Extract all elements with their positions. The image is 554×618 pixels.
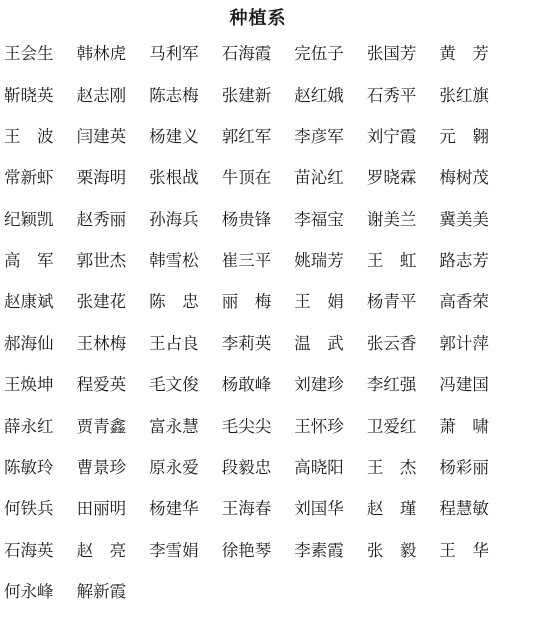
name-cell: 靳晓英 bbox=[4, 88, 77, 105]
name-row: 常新虾栗海明张根战牛顶在苗沁红罗晓霖梅树茂 bbox=[4, 158, 512, 199]
name-cell: 元 翱 bbox=[439, 129, 512, 146]
name-cell: 杨建义 bbox=[149, 129, 222, 146]
name-cell: 陈敏玲 bbox=[4, 460, 77, 477]
name-cell: 张 毅 bbox=[367, 543, 440, 560]
name-row: 薛永红贾青鑫富永慧毛尖尖王怀珍卫爱红萧 啸 bbox=[4, 406, 512, 447]
name-cell: 完伍子 bbox=[294, 46, 367, 63]
name-cell: 苗沁红 bbox=[294, 170, 367, 187]
name-cell: 刘国华 bbox=[294, 501, 367, 518]
name-cell: 黄 芳 bbox=[439, 46, 512, 63]
name-cell: 程爱英 bbox=[77, 377, 150, 394]
name-cell: 石海英 bbox=[4, 543, 77, 560]
name-cell: 杨彩丽 bbox=[439, 460, 512, 477]
name-cell: 赵 瑾 bbox=[367, 501, 440, 518]
name-cell: 程慧敏 bbox=[439, 501, 512, 518]
name-cell: 郭红军 bbox=[222, 129, 295, 146]
name-cell: 王会生 bbox=[4, 46, 77, 63]
name-cell: 韩林虎 bbox=[77, 46, 150, 63]
name-cell: 卫爱红 bbox=[367, 419, 440, 436]
name-cell: 富永慧 bbox=[149, 419, 222, 436]
name-row: 何永峰解新霞 bbox=[4, 571, 512, 612]
name-cell: 王 华 bbox=[439, 543, 512, 560]
name-cell: 丽 梅 bbox=[222, 294, 295, 311]
name-cell: 高晓阳 bbox=[294, 460, 367, 477]
name-cell: 石海霞 bbox=[222, 46, 295, 63]
name-cell: 纪颖凯 bbox=[4, 212, 77, 229]
name-row: 何铁兵田丽明杨建华王海春刘国华赵 瑾程慧敏 bbox=[4, 489, 512, 530]
name-cell: 梅树茂 bbox=[439, 170, 512, 187]
name-cell: 贾青鑫 bbox=[77, 419, 150, 436]
name-cell: 郝海仙 bbox=[4, 336, 77, 353]
name-cell: 谢美兰 bbox=[367, 212, 440, 229]
name-cell: 马利军 bbox=[149, 46, 222, 63]
name-cell: 路志芳 bbox=[439, 253, 512, 270]
name-cell: 何永峰 bbox=[4, 584, 77, 601]
name-cell: 郭世杰 bbox=[77, 253, 150, 270]
name-cell: 姚瑞芳 bbox=[294, 253, 367, 270]
name-cell: 郭计萍 bbox=[439, 336, 512, 353]
name-cell: 温 武 bbox=[294, 336, 367, 353]
name-row: 郝海仙王林梅王占良李莉英温 武张云香郭计萍 bbox=[4, 323, 512, 364]
name-cell: 赵红娥 bbox=[294, 88, 367, 105]
name-row: 王 波闫建英杨建义郭红军李彦军刘宁霞元 翱 bbox=[4, 117, 512, 158]
name-row: 纪颖凯赵秀丽孙海兵杨贵锋李福宝谢美兰冀美美 bbox=[4, 199, 512, 240]
name-cell: 杨建华 bbox=[149, 501, 222, 518]
name-cell: 曹景珍 bbox=[77, 460, 150, 477]
name-cell: 张建花 bbox=[77, 294, 150, 311]
name-cell: 杨敢峰 bbox=[222, 377, 295, 394]
name-cell: 毛尖尖 bbox=[222, 419, 295, 436]
name-cell: 王海春 bbox=[222, 501, 295, 518]
name-cell: 张云香 bbox=[367, 336, 440, 353]
name-cell: 段毅忠 bbox=[222, 460, 295, 477]
name-cell: 解新霞 bbox=[77, 584, 150, 601]
name-cell: 李彦军 bbox=[294, 129, 367, 146]
name-cell: 王 娟 bbox=[294, 294, 367, 311]
name-cell: 张根战 bbox=[149, 170, 222, 187]
name-cell: 崔三平 bbox=[222, 253, 295, 270]
name-cell: 王 虹 bbox=[367, 253, 440, 270]
name-cell: 王 杰 bbox=[367, 460, 440, 477]
name-cell: 何铁兵 bbox=[4, 501, 77, 518]
name-row: 高 军郭世杰韩雪松崔三平姚瑞芳王 虹路志芳 bbox=[4, 241, 512, 282]
name-cell: 高 军 bbox=[4, 253, 77, 270]
name-row: 石海英赵 亮李雪娟徐艳琴李素霞张 毅王 华 bbox=[4, 530, 512, 571]
name-cell: 王占良 bbox=[149, 336, 222, 353]
document-page: 种植系 王会生韩林虎马利军石海霞完伍子张国芳黄 芳靳晓英赵志刚陈志梅张建新赵红娥… bbox=[0, 0, 554, 618]
name-cell: 徐艳琴 bbox=[222, 543, 295, 560]
name-cell: 赵康斌 bbox=[4, 294, 77, 311]
name-cell: 王焕坤 bbox=[4, 377, 77, 394]
name-cell: 刘建珍 bbox=[294, 377, 367, 394]
name-cell: 高香荣 bbox=[439, 294, 512, 311]
name-cell: 冯建国 bbox=[439, 377, 512, 394]
name-cell: 赵秀丽 bbox=[77, 212, 150, 229]
name-row: 陈敏玲曹景珍原永爱段毅忠高晓阳王 杰杨彩丽 bbox=[4, 447, 512, 488]
name-cell: 李红强 bbox=[367, 377, 440, 394]
name-cell: 杨青平 bbox=[367, 294, 440, 311]
name-row: 王会生韩林虎马利军石海霞完伍子张国芳黄 芳 bbox=[4, 34, 512, 75]
name-cell: 杨贵锋 bbox=[222, 212, 295, 229]
name-cell: 陈 忠 bbox=[149, 294, 222, 311]
name-cell: 原永爱 bbox=[149, 460, 222, 477]
name-cell: 孙海兵 bbox=[149, 212, 222, 229]
name-cell: 李雪娟 bbox=[149, 543, 222, 560]
name-cell: 张国芳 bbox=[367, 46, 440, 63]
name-cell: 栗海明 bbox=[77, 170, 150, 187]
name-cell: 毛文俊 bbox=[149, 377, 222, 394]
name-cell: 韩雪松 bbox=[149, 253, 222, 270]
name-cell: 张建新 bbox=[222, 88, 295, 105]
name-cell: 李莉英 bbox=[222, 336, 295, 353]
name-cell: 王林梅 bbox=[77, 336, 150, 353]
name-cell: 罗晓霖 bbox=[367, 170, 440, 187]
name-cell: 田丽明 bbox=[77, 501, 150, 518]
name-cell: 常新虾 bbox=[4, 170, 77, 187]
name-roster: 王会生韩林虎马利军石海霞完伍子张国芳黄 芳靳晓英赵志刚陈志梅张建新赵红娥石秀平张… bbox=[4, 34, 512, 613]
name-row: 王焕坤程爱英毛文俊杨敢峰刘建珍李红强冯建国 bbox=[4, 365, 512, 406]
name-cell: 薛永红 bbox=[4, 419, 77, 436]
name-cell: 赵 亮 bbox=[77, 543, 150, 560]
name-cell: 闫建英 bbox=[77, 129, 150, 146]
name-cell: 牛顶在 bbox=[222, 170, 295, 187]
page-title: 种植系 bbox=[4, 0, 512, 30]
name-row: 赵康斌张建花陈 忠丽 梅王 娟杨青平高香荣 bbox=[4, 282, 512, 323]
name-cell: 李福宝 bbox=[294, 212, 367, 229]
name-cell: 冀美美 bbox=[439, 212, 512, 229]
name-cell: 陈志梅 bbox=[149, 88, 222, 105]
name-cell: 赵志刚 bbox=[77, 88, 150, 105]
name-cell: 王 波 bbox=[4, 129, 77, 146]
name-cell: 石秀平 bbox=[367, 88, 440, 105]
name-cell: 萧 啸 bbox=[439, 419, 512, 436]
name-row: 靳晓英赵志刚陈志梅张建新赵红娥石秀平张红旗 bbox=[4, 75, 512, 116]
name-cell: 李素霞 bbox=[294, 543, 367, 560]
name-cell: 张红旗 bbox=[439, 88, 512, 105]
name-cell: 刘宁霞 bbox=[367, 129, 440, 146]
name-cell: 王怀珍 bbox=[294, 419, 367, 436]
